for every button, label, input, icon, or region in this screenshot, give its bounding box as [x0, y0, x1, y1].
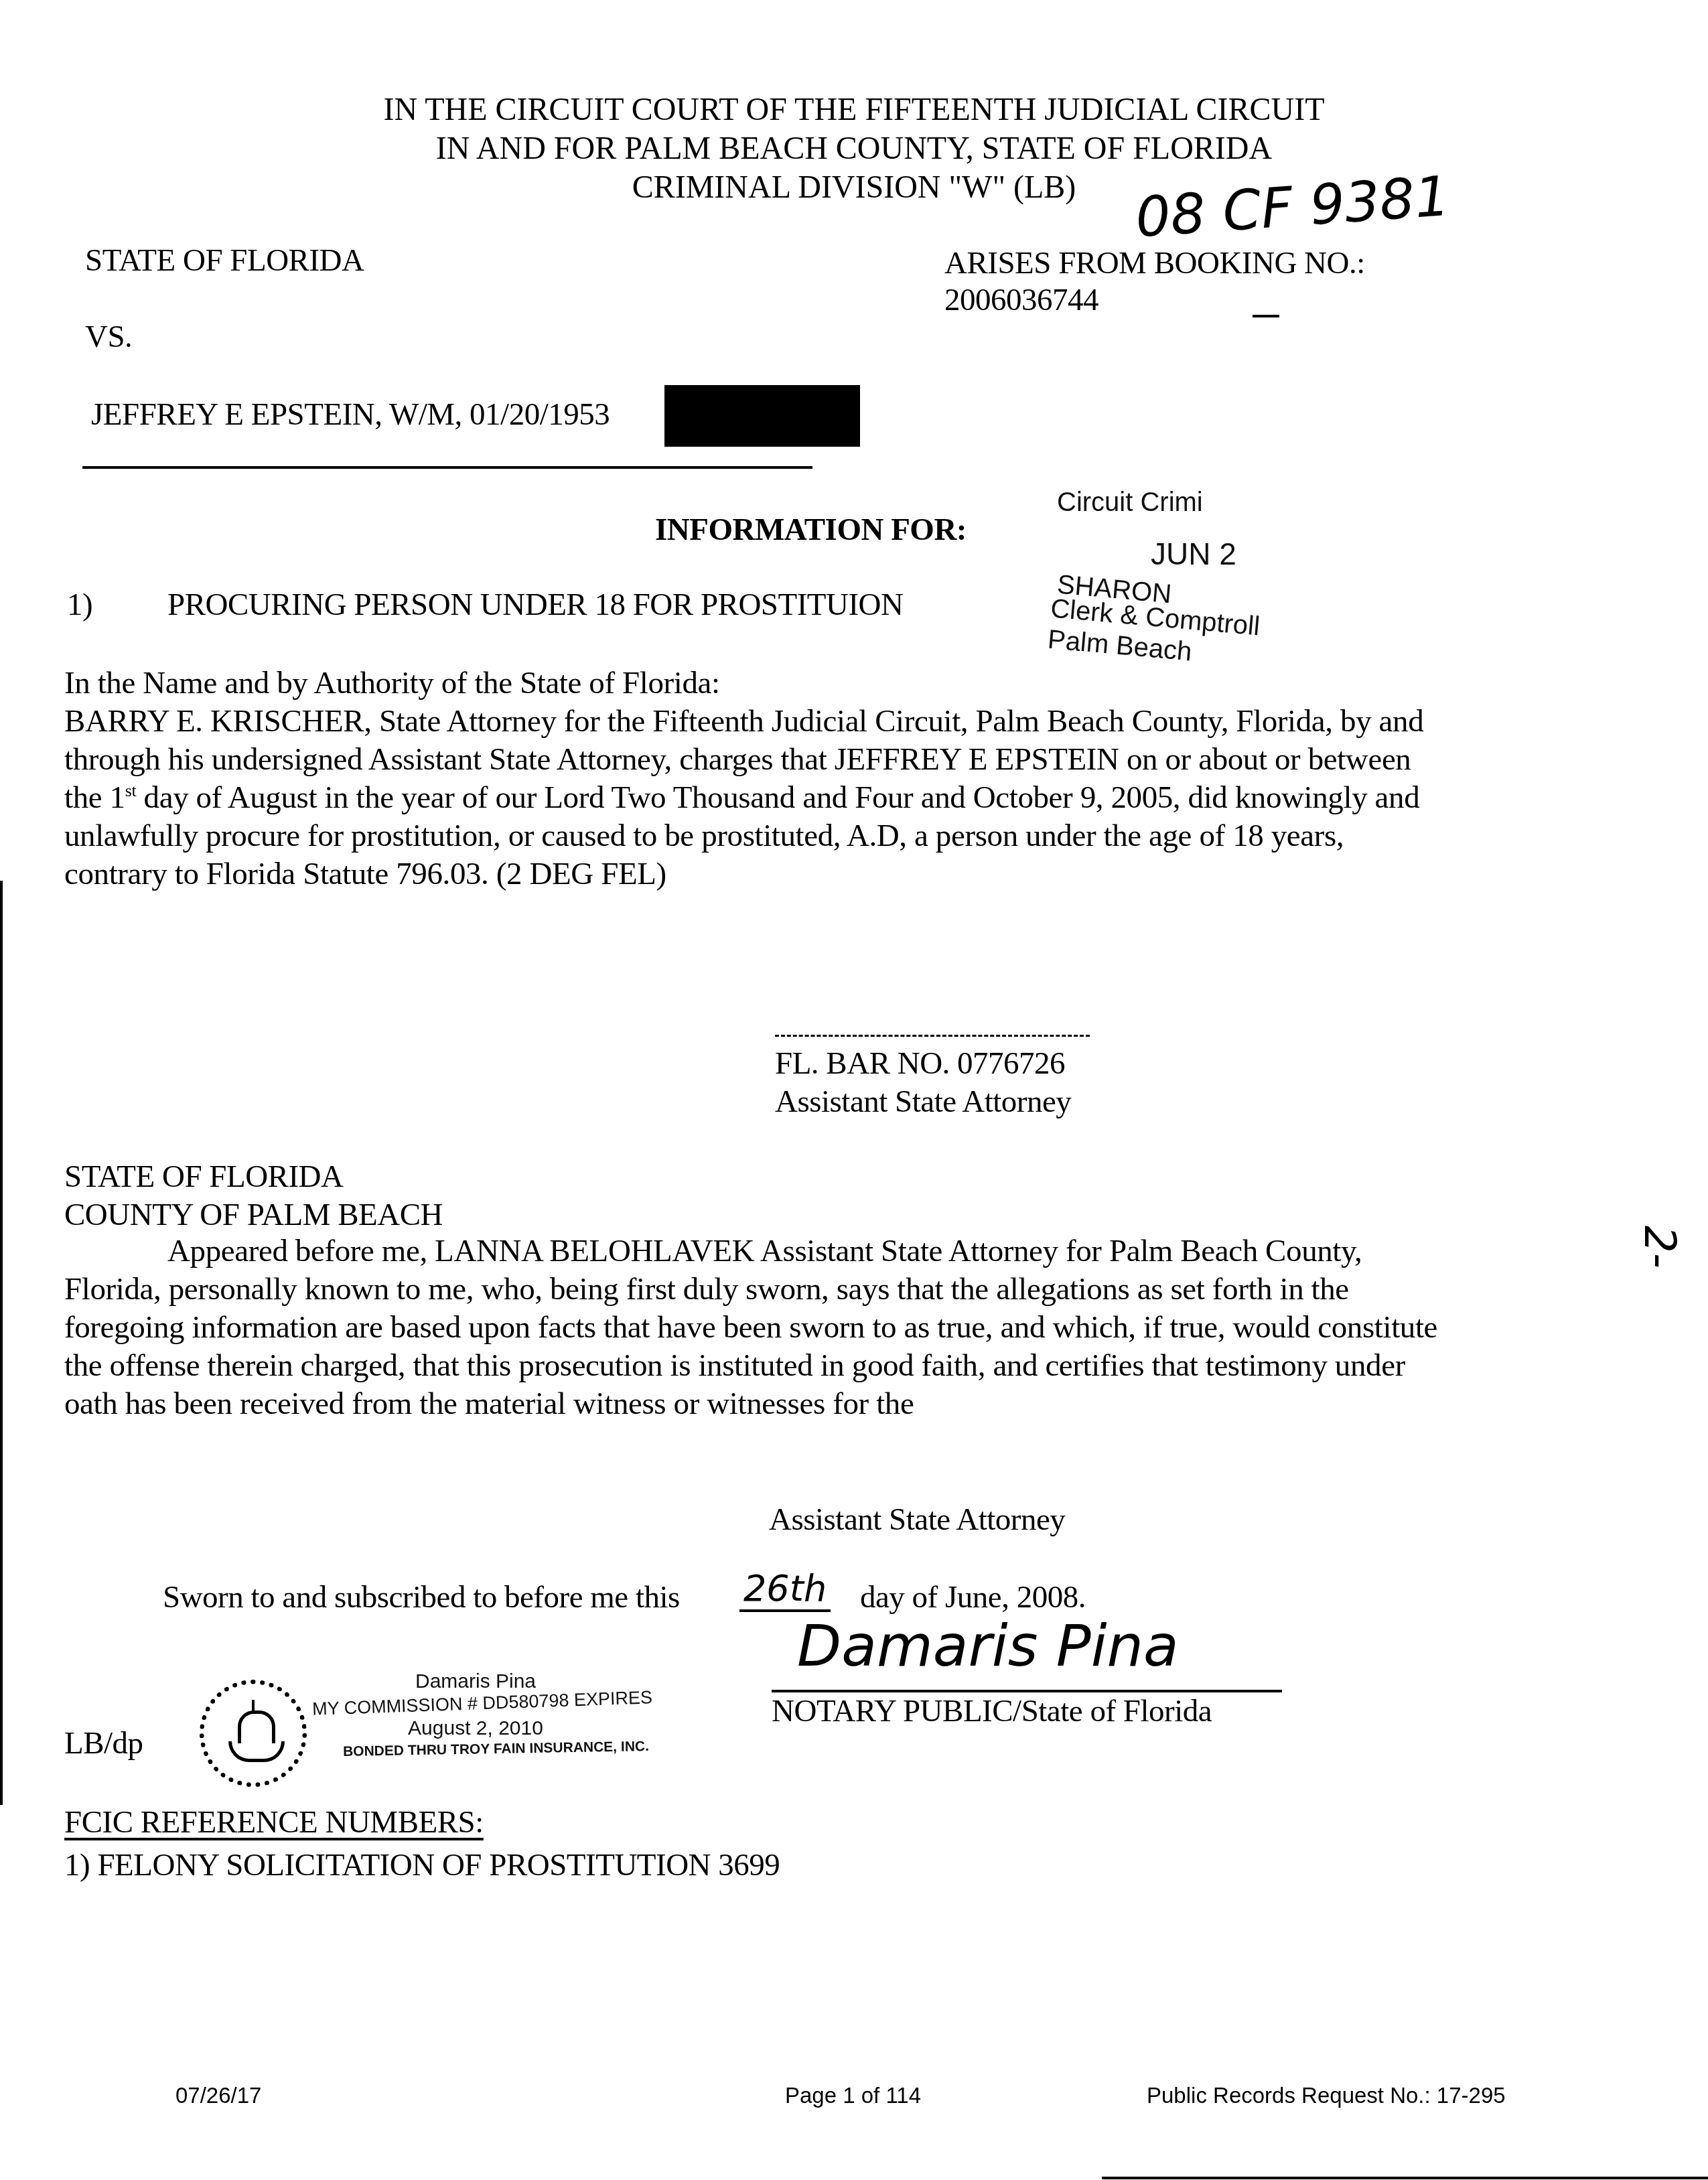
notary-stamp-name: Damaris Pina: [362, 1670, 589, 1693]
bar-number: FL. BAR NO. 0776726: [775, 1048, 1065, 1080]
notary-expiration: August 2, 2010: [362, 1717, 589, 1740]
initials: LB/dp: [64, 1728, 143, 1759]
booking-label: ARISES FROM BOOKING NO.:: [944, 248, 1365, 279]
jurat-day-handwritten: 26th: [739, 1567, 831, 1612]
ordinal-superscript: st: [125, 781, 137, 800]
oath-line3: foregoing information are based upon fac…: [64, 1309, 1437, 1347]
jurat-suffix: day of June, 2008.: [860, 1582, 1086, 1613]
fcic-heading: FCIC REFERENCE NUMBERS:: [64, 1807, 484, 1838]
oath-line5: oath has been received from the material…: [64, 1385, 914, 1423]
oath-state: STATE OF FLORIDA: [64, 1161, 344, 1193]
attorney-title: Assistant State Attorney: [775, 1086, 1071, 1118]
fcic-item: 1) FELONY SOLICITATION OF PROSTITUTION 3…: [64, 1850, 780, 1881]
clerk-stamp-date: JUN 2: [1151, 536, 1236, 572]
oath-line4: the offense therein charged, that this p…: [64, 1347, 1405, 1385]
oath-line1: Appeared before me, LANNA BELOHLAVEK Ass…: [167, 1232, 1362, 1270]
oath-signature-title: Assistant State Attorney: [769, 1504, 1065, 1536]
notary-seal-icon: [200, 1680, 307, 1787]
margin-note: 2-: [1634, 1226, 1684, 1268]
count-charge: PROCURING PERSON UNDER 18 FOR PROSTITUIO…: [167, 589, 904, 621]
charging-line3-start: the 1: [64, 780, 125, 815]
charging-intro: In the Name and by Authority of the Stat…: [64, 664, 720, 703]
court-header-line2: IN AND FOR PALM BEACH COUNTY, STATE OF F…: [0, 133, 1708, 165]
booking-number: 2006036744: [944, 285, 1098, 316]
information-title: INFORMATION FOR:: [655, 514, 967, 546]
defendant-name: JEFFREY E EPSTEIN, W/M, 01/20/1953: [91, 399, 610, 431]
charging-line3-end: day of August in the year of our Lord Tw…: [136, 780, 1419, 815]
oath-county: COUNTY OF PALM BEACH: [64, 1200, 443, 1231]
charging-line1: BARRY E. KRISCHER, State Attorney for th…: [64, 703, 1423, 741]
court-header-line1: IN THE CIRCUIT COURT OF THE FIFTEENTH JU…: [0, 94, 1708, 126]
jurat-prefix: Sworn to and subscribed to before me thi…: [163, 1582, 680, 1613]
charging-line3: the 1st day of August in the year of our…: [64, 779, 1419, 817]
court-header-line3: CRIMINAL DIVISION "W" (LB): [0, 171, 1708, 204]
notary-signature: Damaris Pina: [797, 1613, 1179, 1680]
charging-line5: contrary to Florida Statute 796.03. (2 D…: [64, 855, 666, 893]
attorney-signature-line: [775, 1035, 1090, 1037]
footer-request-number: Public Records Request No.: 17-295: [1147, 2084, 1506, 2106]
dash-mark: [1253, 315, 1279, 317]
scan-edge: [0, 881, 3, 1805]
versus-label: VS.: [85, 321, 132, 353]
footer-date: 07/26/17: [175, 2084, 261, 2106]
redaction-box: [664, 385, 860, 447]
clerk-stamp-line1: Circuit Crimi: [1057, 488, 1203, 518]
fcic-heading-text: FCIC REFERENCE NUMBERS:: [64, 1805, 484, 1840]
oath-line2: Florida, personally known to me, who, be…: [64, 1270, 1349, 1309]
charging-line2: through his undersigned Assistant State …: [64, 741, 1411, 779]
notary-signature-line: [772, 1690, 1282, 1692]
plaintiff-name: STATE OF FLORIDA: [85, 245, 364, 277]
footer-page-number: Page 1 of 114: [785, 2084, 921, 2106]
count-number: 1): [67, 589, 92, 621]
charging-line4: unlawfully procure for prostitution, or …: [64, 817, 1344, 855]
caption-underline: [82, 466, 812, 469]
bottom-rule: [1102, 2177, 1708, 2179]
notary-label: NOTARY PUBLIC/State of Florida: [772, 1696, 1212, 1727]
notary-bond: BONDED THRU TROY FAIN INSURANCE, INC.: [343, 1739, 649, 1760]
